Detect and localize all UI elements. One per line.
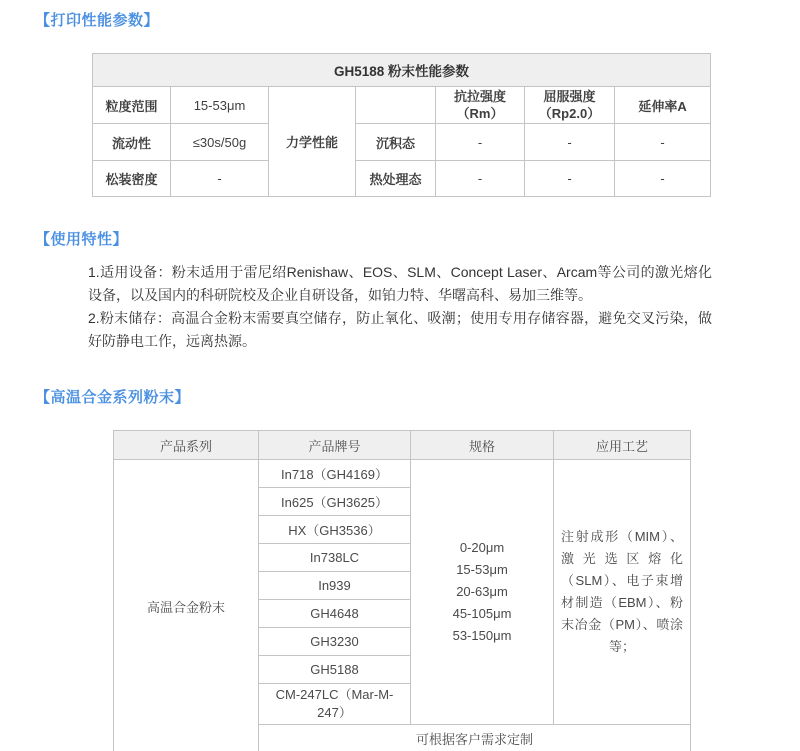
product-grade-cell: GH3230: [259, 628, 411, 656]
product-grade-cell: In625（GH3625）: [259, 488, 411, 516]
heat-treated-state-label: 热处理态: [356, 161, 436, 197]
series-name-cell: 高温合金粉末: [114, 460, 259, 751]
elongation-header: 延伸率A: [615, 87, 711, 124]
product-grade-cell: In718（GH4169）: [259, 460, 411, 488]
column-header-spec: 规格: [411, 431, 554, 460]
product-grade-cell: In738LC: [259, 544, 411, 572]
column-header-product-grade: 产品牌号: [259, 431, 411, 460]
flowability-label: 流动性: [93, 124, 171, 161]
usage-text-block: 1.适用设备：粉末适用于雷尼绍Renishaw、EOS、SLM、Concept …: [88, 261, 712, 353]
spec-list-cell: 0-20μm 15-53μm 20-63μm 45-105μm 53-150μm: [411, 460, 554, 725]
mechanical-props-label: 力学性能: [269, 87, 356, 197]
usage-paragraph-storage: 2.粉末储存：高温合金粉末需要真空储存，防止氧化、吸潮；使用专用存储容器，避免交…: [88, 307, 712, 353]
spec-line: 20-63μm: [411, 581, 553, 603]
bulk-density-value: -: [171, 161, 269, 197]
alloy-series-table: 产品系列 产品牌号 规格 应用工艺 高温合金粉末 In718（GH4169） 0…: [113, 430, 691, 751]
particle-size-value: 15-53μm: [171, 87, 269, 124]
page-content: 【打印性能参数】 GH5188 粉末性能参数 粒度范围 15-53μm 力学性能…: [0, 0, 800, 751]
custom-note-cell: 可根据客户需求定制: [259, 725, 691, 751]
section-title-alloy-series: 【高温合金系列粉末】: [35, 386, 800, 407]
bulk-density-label: 松装密度: [93, 161, 171, 197]
product-grade-cell: In939: [259, 572, 411, 600]
spec-line: 45-105μm: [411, 603, 553, 625]
heat-treated-tensile-value: -: [436, 161, 525, 197]
product-grade-cell: HX（GH3536）: [259, 516, 411, 544]
usage-paragraph-equipment: 1.适用设备：粉末适用于雷尼绍Renishaw、EOS、SLM、Concept …: [88, 261, 712, 307]
spec-line: 0-20μm: [411, 537, 553, 559]
heat-treated-yield-value: -: [525, 161, 615, 197]
mech-state-header-empty: [356, 87, 436, 124]
spec-line: 15-53μm: [411, 559, 553, 581]
particle-size-label: 粒度范围: [93, 87, 171, 124]
yield-strength-header: 屈服强度 （Rp2.0）: [525, 87, 615, 124]
section-title-print-params: 【打印性能参数】: [35, 0, 800, 30]
heat-treated-elongation-value: -: [615, 161, 711, 197]
print-params-table: GH5188 粉末性能参数 粒度范围 15-53μm 力学性能 抗拉强度 （Rm…: [92, 53, 711, 197]
product-grade-cell: GH4648: [259, 600, 411, 628]
section-title-usage: 【使用特性】: [35, 228, 800, 249]
column-header-application: 应用工艺: [554, 431, 691, 460]
deposited-yield-value: -: [525, 124, 615, 161]
product-grade-cell: CM-247LC（Mar-M-247）: [259, 684, 411, 725]
deposited-tensile-value: -: [436, 124, 525, 161]
tensile-strength-header: 抗拉强度 （Rm）: [436, 87, 525, 124]
column-header-product-series: 产品系列: [114, 431, 259, 460]
product-grade-cell: GH5188: [259, 656, 411, 684]
deposited-state-label: 沉积态: [356, 124, 436, 161]
flowability-value: ≤30s/50g: [171, 124, 269, 161]
print-table-title: GH5188 粉末性能参数: [93, 54, 711, 87]
spec-line: 53-150μm: [411, 625, 553, 647]
deposited-elongation-value: -: [615, 124, 711, 161]
application-process-cell: 注射成形（MIM）、激光选区熔化（SLM）、电子束增材制造（EBM）、粉末冶金（…: [554, 460, 691, 725]
